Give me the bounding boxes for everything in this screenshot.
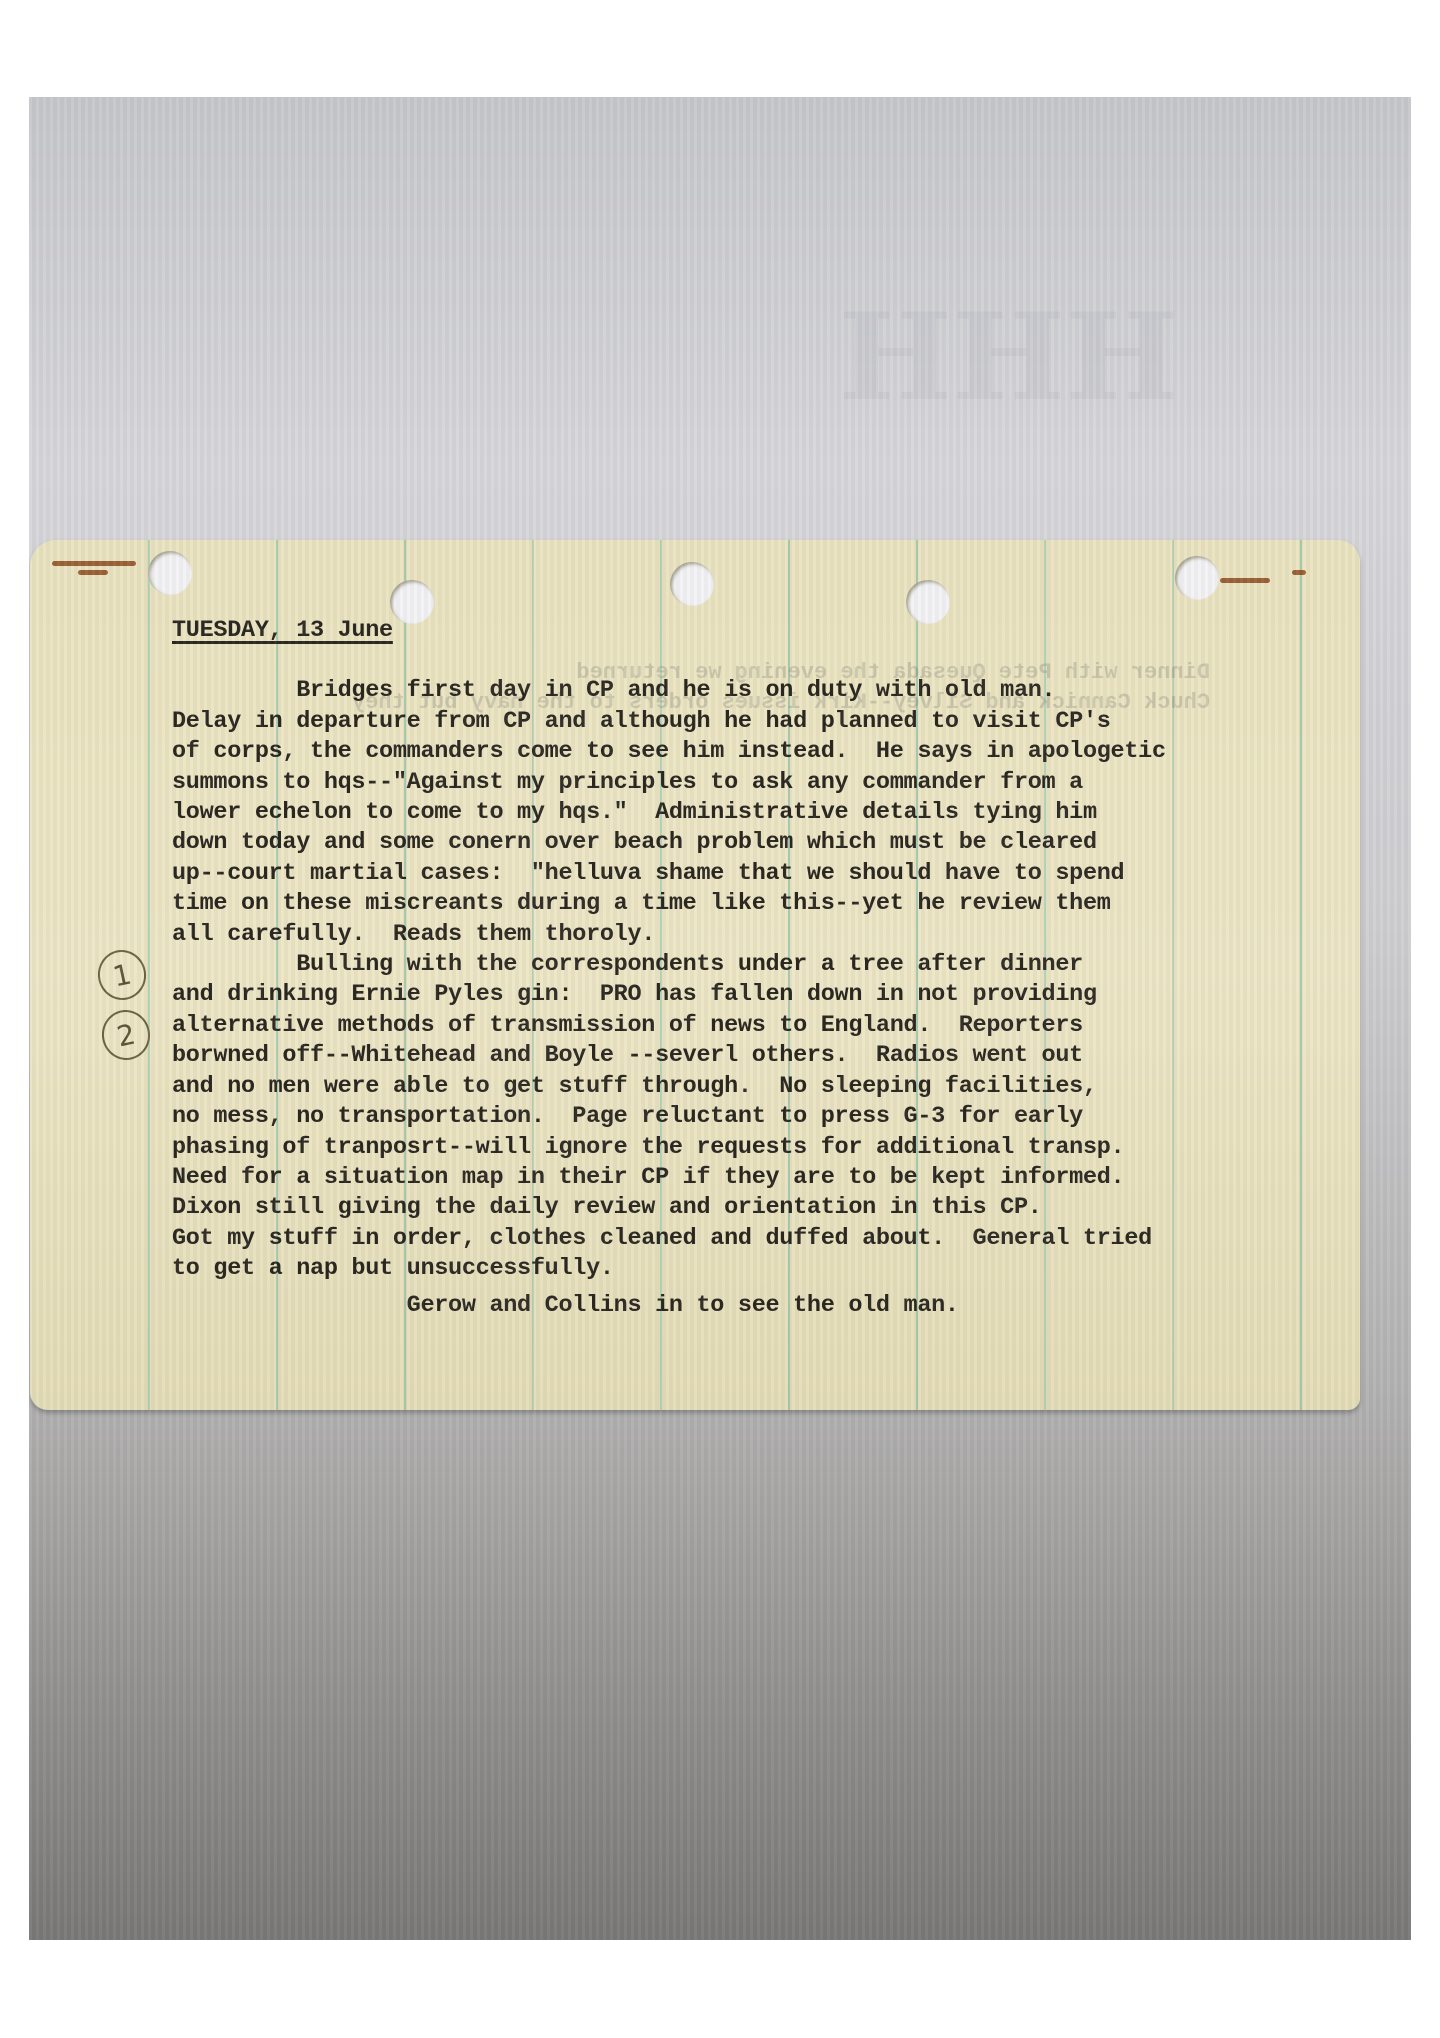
text-line: Gerow and Collins in to see the old man. <box>172 1291 1322 1321</box>
text-line: Need for a situation map in their CP if … <box>172 1163 1322 1193</box>
text-line: all carefully. Reads them thoroly. <box>172 920 1322 950</box>
text-line: Bridges first day in CP and he is on dut… <box>172 676 1322 706</box>
text-line: time on these miscreants during a time l… <box>172 889 1322 919</box>
rust-stain-left-2 <box>78 570 108 575</box>
text-line: down today and some conern over beach pr… <box>172 828 1322 858</box>
text-line: summons to hqs--"Against my principles t… <box>172 768 1322 798</box>
text-line: phasing of tranposrt--will ignore the re… <box>172 1133 1322 1163</box>
text-line: alternative methods of transmission of n… <box>172 1011 1322 1041</box>
punch-hole-5 <box>1175 556 1219 600</box>
margin-mark-2-label: 2 <box>114 1017 138 1053</box>
text-line: no mess, no transportation. Page relucta… <box>172 1102 1322 1132</box>
text-line: Delay in departure from CP and although … <box>172 707 1322 737</box>
text-line: borwned off--Whitehead and Boyle --sever… <box>172 1041 1322 1071</box>
text-line: lower echelon to come to my hqs." Admini… <box>172 798 1322 828</box>
document-photo: HHH Dinner with Pete Quesada the evening… <box>29 97 1411 1940</box>
punch-hole-1 <box>148 551 192 595</box>
text-line: Got my stuff in order, clothes cleaned a… <box>172 1224 1322 1254</box>
text-line: Bulling with the correspondents under a … <box>172 950 1322 980</box>
rust-stain-right-2 <box>1292 570 1306 575</box>
text-line: to get a nap but unsuccessfully. <box>172 1254 1322 1284</box>
text-line: and no men were able to get stuff throug… <box>172 1072 1322 1102</box>
text-line: Dixon still giving the daily review and … <box>172 1193 1322 1223</box>
text-line: and drinking Ernie Pyles gin: PRO has fa… <box>172 980 1322 1010</box>
margin-mark-1: 1 <box>93 946 150 1005</box>
punch-hole-3 <box>670 562 714 606</box>
entry-date-heading: TUESDAY, 13 June <box>172 616 393 646</box>
text-line: of corps, the commanders come to see him… <box>172 737 1322 767</box>
rust-stain-right <box>1220 578 1270 583</box>
rust-stain-left <box>52 561 136 566</box>
text-line: up--court martial cases: "helluva shame … <box>172 859 1322 889</box>
typed-entry: TUESDAY, 13 June Bridges first day in CP… <box>172 616 1322 1321</box>
margin-mark-1-label: 1 <box>110 957 134 993</box>
diary-index-card: Dinner with Pete Quesada the evening we … <box>30 540 1360 1410</box>
margin-mark-2: 2 <box>97 1006 154 1065</box>
